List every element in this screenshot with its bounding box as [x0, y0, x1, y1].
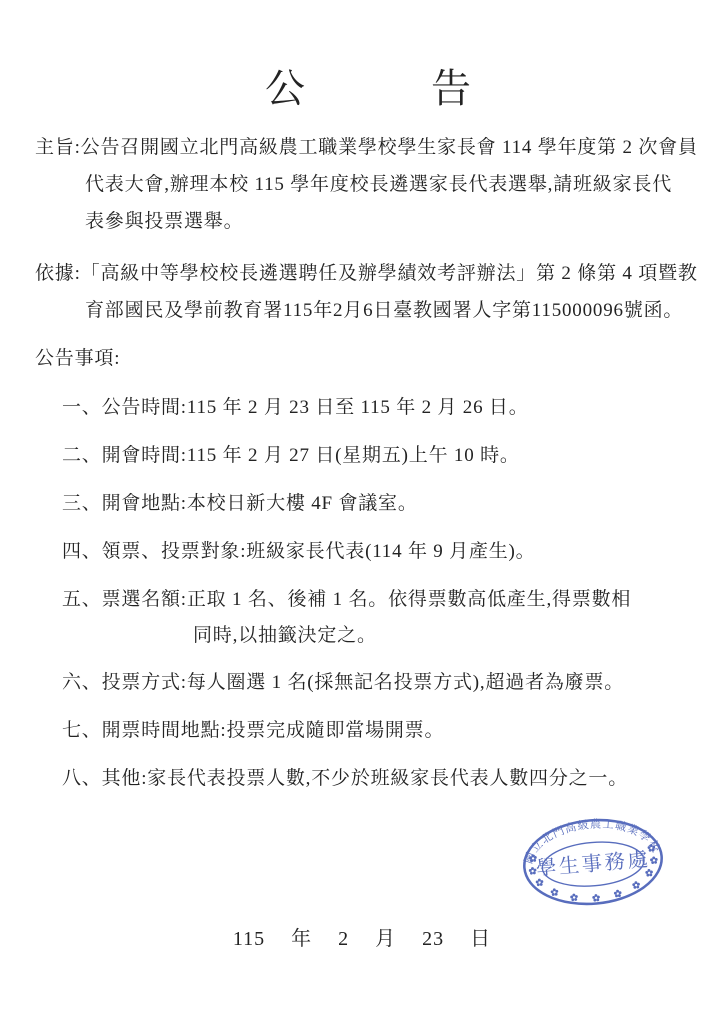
document-date: 115 年 2 月 23 日 [0, 921, 724, 958]
list-item: 五、票選名額:正取 1 名、後補 1 名。依得票數高低產生,得票數相 同時,以抽… [0, 581, 724, 653]
item-line: 六、投票方式:每人圈選 1 名(採無記名投票方式),超過者為廢票。 [62, 664, 724, 701]
date-day-unit: 日 [470, 921, 491, 958]
item-line: 四、領票、投票對象:班級家長代表(114 年 9 月產生)。 [62, 533, 724, 570]
title-char-2: 告 [431, 64, 471, 114]
subject-line: 主旨:公告召開國立北門高級農工職業學校學生家長會 114 學年度第 2 次會員 [35, 129, 724, 166]
list-item: 四、領票、投票對象:班級家長代表(114 年 9 月產生)。 [0, 533, 724, 570]
date-year: 115 [233, 921, 265, 958]
list-item: 八、其他:家長代表投票人數,不少於班級家長代表人數四分之一。 [0, 760, 724, 797]
announcement-document: 公 告 主旨:公告召開國立北門高級農工職業學校學生家長會 114 學年度第 2 … [0, 0, 724, 1024]
date-month: 2 [338, 921, 349, 958]
plum-blossom-icon [650, 856, 658, 864]
basis-line: 依據:「高級中等學校校長遴選聘任及辦學績效考評辦法」第 2 條第 4 項暨教 [35, 255, 724, 292]
item-line: 二、開會時間:115 年 2 月 27 日(星期五)上午 10 時。 [62, 437, 724, 474]
date-year-unit: 年 [291, 921, 312, 958]
item-line: 八、其他:家長代表投票人數,不少於班級家長代表人數四分之一。 [62, 760, 724, 797]
list-item: 一、公告時間:115 年 2 月 23 日至 115 年 2 月 26 日。 [0, 389, 724, 426]
subject-line: 代表大會,辦理本校 115 學年度校長遴選家長代表選舉,請班級家長代 [85, 166, 724, 203]
student-affairs-office-seal: 國立北門高級農工職業學校 學生事務處 [504, 803, 682, 921]
items-header: 公告事項: [35, 340, 724, 377]
item-line: 三、開會地點:本校日新大樓 4F 會議室。 [62, 485, 724, 522]
plum-blossom-icon [632, 881, 640, 889]
seal-center-text: 學生事務處 [535, 848, 651, 881]
list-item: 二、開會時間:115 年 2 月 27 日(星期五)上午 10 時。 [0, 437, 724, 474]
plum-blossom-icon [614, 889, 622, 897]
list-item: 七、開票時間地點:投票完成隨即當場開票。 [0, 712, 724, 749]
plum-blossom-icon [592, 894, 600, 902]
plum-blossom-icon [550, 888, 558, 896]
seal-graphic: 國立北門高級農工職業學校 學生事務處 [504, 803, 682, 921]
list-item: 六、投票方式:每人圈選 1 名(採無記名投票方式),超過者為廢票。 [0, 664, 724, 701]
announcement-items: 一、公告時間:115 年 2 月 23 日至 115 年 2 月 26 日。 二… [0, 389, 724, 797]
item-line: 七、開票時間地點:投票完成隨即當場開票。 [62, 712, 724, 749]
plum-blossom-icon [570, 893, 578, 901]
item-line: 五、票選名額:正取 1 名、後補 1 名。依得票數高低產生,得票數相 [62, 581, 724, 618]
item-line: 一、公告時間:115 年 2 月 23 日至 115 年 2 月 26 日。 [62, 389, 724, 426]
list-item: 三、開會地點:本校日新大樓 4F 會議室。 [0, 485, 724, 522]
item-line: 同時,以抽籤決定之。 [193, 618, 724, 653]
page-title: 公 告 [6, 0, 724, 114]
date-day: 23 [422, 921, 444, 958]
date-month-unit: 月 [375, 921, 396, 958]
subject-paragraph: 主旨:公告召開國立北門高級農工職業學校學生家長會 114 學年度第 2 次會員 … [0, 129, 724, 240]
title-char-1: 公 [265, 64, 305, 114]
basis-line: 育部國民及學前教育署115年2月6日臺教國署人字第115000096號函。 [85, 292, 724, 329]
subject-line: 表參與投票選舉。 [85, 203, 724, 240]
basis-paragraph: 依據:「高級中等學校校長遴選聘任及辦學績效考評辦法」第 2 條第 4 項暨教 育… [0, 255, 724, 329]
